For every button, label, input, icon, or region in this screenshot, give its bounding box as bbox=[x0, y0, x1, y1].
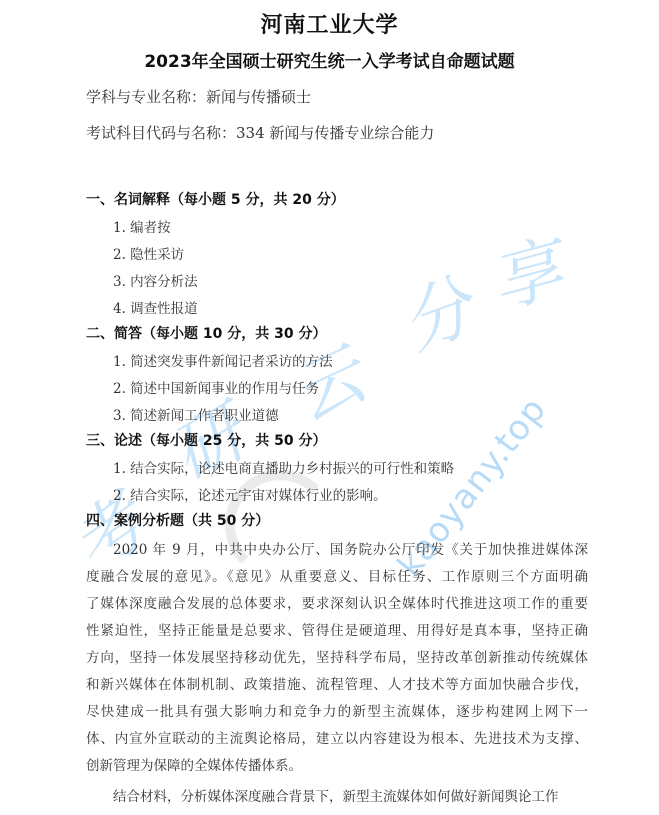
case-paragraph-line-9: 创新管理为保障的全媒体传播体系。 bbox=[86, 754, 302, 774]
exam-page: 考 研 云 分 享 kaoyany.top 河南工业大学 2023年全国硕士研究… bbox=[0, 0, 659, 815]
section-3-item-2: 2. 结合实际，论述元宇宙对媒体行业的影响。 bbox=[113, 484, 387, 504]
section-1-item-3: 3. 内容分析法 bbox=[113, 270, 198, 290]
case-paragraph-line-8: 体、内宣外宣联动的主流舆论格局，建立以内容建设为根本、先进技术为支撑、 bbox=[86, 727, 588, 747]
case-question-line: 结合材料，分析媒体深度融合背景下，新型主流媒体如何做好新闻舆论工作 bbox=[113, 785, 588, 805]
subject-line: 学科与专业名称：新闻与传播硕士 bbox=[86, 86, 311, 107]
section-2-item-3: 3. 简述新闻工作者职业道德 bbox=[113, 404, 279, 424]
case-paragraph-line-5: 方向，坚持一体发展坚持移动优先，坚持科学布局，坚持改革创新推动传统媒体 bbox=[86, 646, 588, 666]
section-2-heading: 二、简答（每小题 10 分，共 30 分） bbox=[86, 323, 326, 343]
section-4-heading: 四、案例分析题（共 50 分） bbox=[86, 510, 269, 530]
exam-subtitle: 2023年全国硕士研究生统一入学考试自命题试题 bbox=[0, 47, 659, 72]
case-paragraph-line-6: 和新兴媒体在体制机制、政策措施、流程管理、人才技术等方面加快融合步伐， bbox=[86, 673, 588, 693]
watermark-calligraphy-5: 享 bbox=[478, 213, 572, 329]
section-1-item-4: 4. 调查性报道 bbox=[113, 297, 198, 317]
case-paragraph-line-2: 度融合发展的意见》。《意见》从重要意义、目标任务、工作原则三个方面明确 bbox=[86, 565, 588, 585]
exam-code-line: 考试科目代码与名称：334 新闻与传播专业综合能力 bbox=[86, 122, 434, 143]
university-title: 河南工业大学 bbox=[0, 8, 659, 39]
section-3-heading: 三、论述（每小题 25 分，共 50 分） bbox=[86, 430, 326, 450]
section-1-heading: 一、名词解释（每小题 5 分，共 20 分） bbox=[86, 189, 345, 209]
case-paragraph-line-3: 了媒体深度融合发展的总体要求，要求深刻认识全媒体时代推进这项工作的重要 bbox=[86, 592, 588, 612]
case-paragraph-line-7: 尽快建成一批具有强大影响力和竞争力的新型主流媒体，逐步构建网上网下一 bbox=[86, 700, 588, 720]
watermark-calligraphy-4: 分 bbox=[385, 251, 485, 370]
case-paragraph-line-1: 2020 年 9 月，中共中央办公厅、国务院办公厅印发《关于加快推进媒体深 bbox=[113, 538, 588, 558]
section-2-item-2: 2. 简述中国新闻事业的作用与任务 bbox=[113, 377, 319, 397]
section-2-item-1: 1. 简述突发事件新闻记者采访的方法 bbox=[113, 350, 333, 370]
section-1-item-2: 2. 隐性采访 bbox=[113, 243, 184, 263]
section-1-item-1: 1. 编者按 bbox=[113, 216, 171, 236]
case-paragraph-line-4: 性紧迫性，坚持正能量是总要求、管得住是硬道理、用得好是真本事，坚持正确 bbox=[86, 619, 588, 639]
section-3-item-1: 1. 结合实际，论述电商直播助力乡村振兴的可行性和策略 bbox=[113, 457, 454, 477]
